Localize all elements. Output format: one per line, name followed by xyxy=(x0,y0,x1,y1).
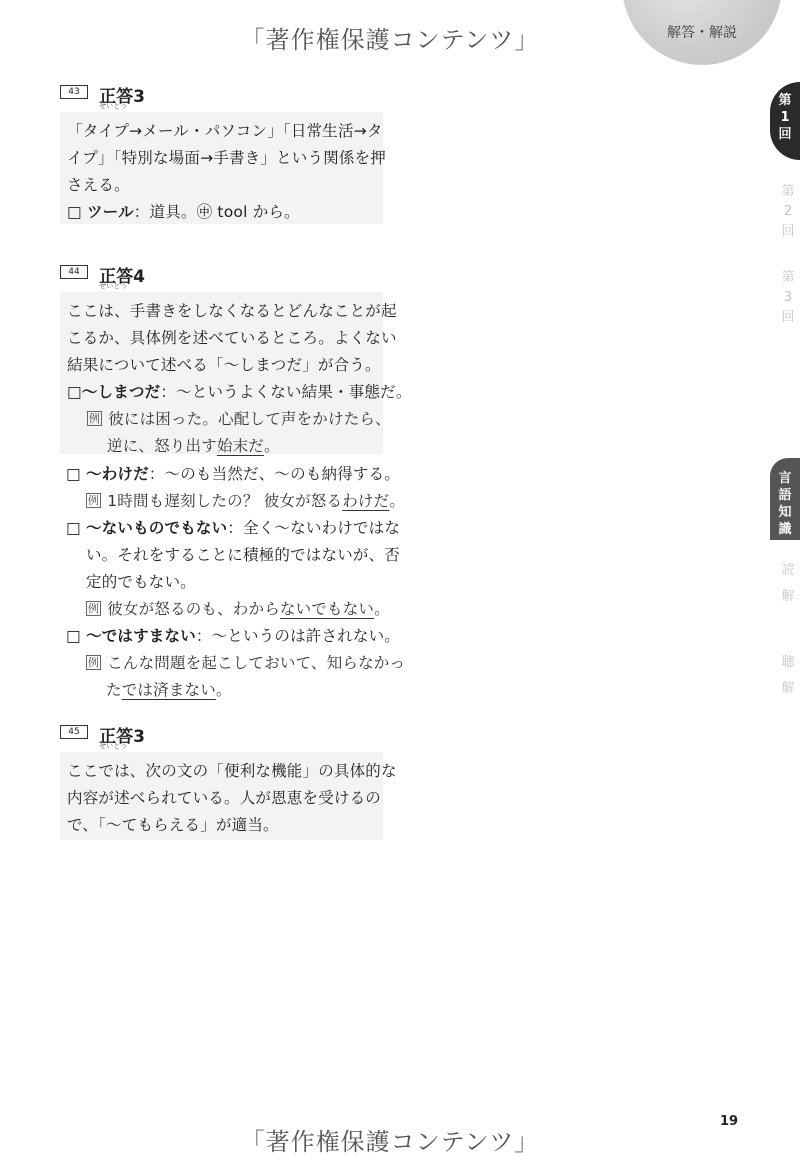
example-line: 例彼女が怒るのも、わからないでもない。 xyxy=(66,596,396,623)
tab-label: 語 xyxy=(770,487,800,504)
example-text: 。 xyxy=(389,492,405,510)
vocab-definition: 定的でもない。 xyxy=(66,569,396,596)
vocab-term: ～ではすまない xyxy=(86,627,196,645)
example-line: たでは済まない。 xyxy=(66,677,396,704)
tab-label: 解 xyxy=(776,584,800,610)
vocab-definition: ：～というのは許されない。 xyxy=(196,627,400,645)
explanation-line: さえる。 xyxy=(67,172,377,199)
explanation-line: ここでは、次の文の「便利な機能」の具体的な xyxy=(67,758,377,785)
example-text: 。 xyxy=(264,437,280,455)
question-45-header: 45 正答3 せいとう xyxy=(60,722,145,756)
tab-label: 読 xyxy=(776,558,800,584)
tab-round-3[interactable]: 第 3 回 xyxy=(776,268,800,328)
tab-label: 識 xyxy=(770,521,800,538)
tab-label: 第 xyxy=(776,268,800,288)
page-number: 19 xyxy=(720,1114,738,1129)
question-44-vocab-list: □ ～わけだ：～のも当然だ、～のも納得する。 例1時間も遅刻したの？ 彼女が怒る… xyxy=(66,461,396,704)
tab-label: 1 xyxy=(770,109,800,126)
vocab-term: ～ないものでもない xyxy=(86,519,227,537)
checkbox-icon: □ xyxy=(67,383,82,401)
tab-label: 3 xyxy=(776,288,800,308)
tab-section-language-knowledge[interactable]: 言 語 知 識 xyxy=(770,458,800,540)
example-marker-icon: 例 xyxy=(86,601,101,616)
tab-label: 2 xyxy=(776,202,800,222)
explanation-line: 「タイプ→メール・パソコン」「日常生活→タ xyxy=(67,118,377,145)
tab-label: 回 xyxy=(770,126,800,143)
question-43-explanation: 「タイプ→メール・パソコン」「日常生活→タ イプ」「特別な場面→手書き」という関… xyxy=(60,112,383,224)
example-text: 逆に、怒り出す xyxy=(107,437,217,455)
watermark-bottom: 「著作権保護コンテンツ」 xyxy=(0,1122,790,1157)
question-44-explanation: ここは、手書きをしなくなるとどんなことが起 こるか、具体例を述べているところ。よ… xyxy=(60,292,383,454)
tab-label: 言 xyxy=(770,470,800,487)
example-text: 彼には困った。心配して声をかけたら、 xyxy=(108,410,391,428)
example-marker-icon: 例 xyxy=(86,493,101,508)
explanation-line: 内容が述べられている。人が恩恵を受けるの xyxy=(67,785,377,812)
vocab-definition: ：道具。㊥ tool から。 xyxy=(134,203,300,221)
ruby: せいとう xyxy=(99,741,127,751)
ruby: せいとう xyxy=(99,281,127,291)
example-highlight: 始末だ xyxy=(217,437,264,455)
question-44-header: 44 正答4 せいとう xyxy=(60,262,145,296)
question-43-header: 43 正答3 せいとう xyxy=(60,82,145,116)
example-marker-icon: 例 xyxy=(86,655,101,670)
example-line: 逆に、怒り出す始末だ。 xyxy=(67,433,377,460)
vocab-term: ～しまつだ xyxy=(82,383,161,401)
example-text: こんな問題を起こしておいて、知らなかっ xyxy=(107,654,405,672)
vocab-item: □ ～ないものでもない：全く～ないわけではな xyxy=(66,515,396,542)
vocab-item: □～しまつだ：～というよくない結果・事態だ。 xyxy=(67,379,377,406)
question-45-explanation: ここでは、次の文の「便利な機能」の具体的な 内容が述べられている。人が恩恵を受け… xyxy=(60,752,383,840)
checkbox-icon: □ xyxy=(66,465,81,483)
vocab-item: □ ツール：道具。㊥ tool から。 xyxy=(67,199,377,226)
vocab-item: □ ～ではすまない：～というのは許されない。 xyxy=(66,623,396,650)
explanation-line: で、「～てもらえる」が適当。 xyxy=(67,812,377,839)
vocab-definition: ：～というよくない結果・事態だ。 xyxy=(160,383,411,401)
example-line: 例1時間も遅刻したの？ 彼女が怒るわけだ。 xyxy=(66,488,396,515)
question-number: 45 xyxy=(60,725,88,739)
example-highlight: では済まない xyxy=(122,681,216,699)
checkbox-icon: □ xyxy=(66,519,81,537)
vocab-definition: ：全く～ないわけではな xyxy=(227,519,400,537)
tab-label: 解 xyxy=(776,676,800,702)
tab-label: 聴 xyxy=(776,650,800,676)
explanation-line: こるか、具体例を述べているところ。よくない xyxy=(67,325,377,352)
example-highlight: わけだ xyxy=(342,492,389,510)
section-badge-label: 解答・解説 xyxy=(622,22,782,42)
tab-round-1[interactable]: 第 1 回 xyxy=(770,82,800,160)
vocab-definition: い。それをすることに積極的ではないが、否 xyxy=(66,542,396,569)
correct-answer: 正答3 せいとう xyxy=(99,82,145,107)
example-line: 例こんな問題を起こしておいて、知らなかっ xyxy=(66,650,396,677)
explanation-line: 結果について述べる「～しまつだ」が合う。 xyxy=(67,352,377,379)
correct-answer: 正答3 せいとう xyxy=(99,722,145,747)
tab-label: 第 xyxy=(776,182,800,202)
explanation-line: ここは、手書きをしなくなるとどんなことが起 xyxy=(67,298,377,325)
tab-label: 回 xyxy=(776,308,800,328)
question-number: 43 xyxy=(60,85,88,99)
vocab-term: ツール xyxy=(87,203,134,221)
vocab-term: ～わけだ xyxy=(86,465,149,483)
example-text: 。 xyxy=(216,681,232,699)
vocab-definition: ：～のも当然だ、～のも納得する。 xyxy=(149,465,400,483)
example-marker-icon: 例 xyxy=(87,411,102,426)
example-line: 例彼には困った。心配して声をかけたら、 xyxy=(67,406,377,433)
vocab-item: □ ～わけだ：～のも当然だ、～のも納得する。 xyxy=(66,461,396,488)
section-badge: 解答・解説 xyxy=(622,0,782,65)
checkbox-icon: □ xyxy=(66,627,81,645)
checkbox-icon: □ xyxy=(67,203,82,221)
question-number: 44 xyxy=(60,265,88,279)
tab-section-listening[interactable]: 聴 解 xyxy=(776,650,800,702)
tab-section-reading[interactable]: 読 解 xyxy=(776,558,800,610)
example-text: た xyxy=(106,681,122,699)
example-text: 彼女が怒るのも、わから xyxy=(107,600,280,618)
example-highlight: ないでもない xyxy=(280,600,374,618)
tab-label: 回 xyxy=(776,222,800,242)
ruby: せいとう xyxy=(99,101,127,111)
tab-round-2[interactable]: 第 2 回 xyxy=(776,182,800,242)
correct-answer: 正答4 せいとう xyxy=(99,262,145,287)
example-text: 1時間も遅刻したの？ 彼女が怒る xyxy=(107,492,342,510)
tab-label: 知 xyxy=(770,504,800,521)
explanation-line: イプ」「特別な場面→手書き」という関係を押 xyxy=(67,145,377,172)
tab-label: 第 xyxy=(770,92,800,109)
example-text: 。 xyxy=(374,600,390,618)
